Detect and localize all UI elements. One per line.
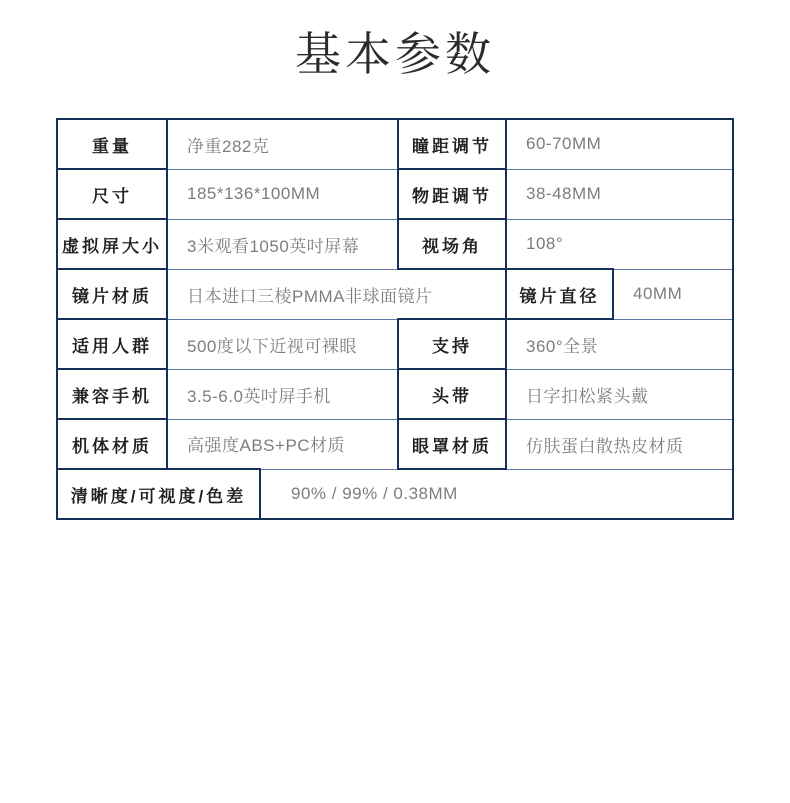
table-row: 兼容手机 3.5-6.0英吋屏手机 头带 日字扣松紧头戴	[57, 369, 733, 419]
spec-value-supports: 360°全景	[506, 319, 733, 369]
spec-table: 重量 净重282克 瞳距调节 60-70MM 尺寸 185*136*100MM …	[56, 118, 734, 520]
spec-value-virtual-screen-size: 3米观看1050英吋屏幕	[167, 219, 398, 269]
spec-label-lens-diameter: 镜片直径	[506, 269, 613, 319]
spec-label-supports: 支持	[398, 319, 506, 369]
spec-value-dimensions: 185*136*100MM	[167, 169, 398, 219]
spec-label-field-of-view: 视场角	[398, 219, 506, 269]
spec-value-target-users: 500度以下近视可裸眼	[167, 319, 398, 369]
spec-value-clarity-visibility-chromatic: 90% / 99% / 0.38MM	[260, 469, 733, 519]
table-row: 重量 净重282克 瞳距调节 60-70MM	[57, 119, 733, 169]
spec-value-lens-diameter: 40MM	[613, 269, 733, 319]
table-row: 虚拟屏大小 3米观看1050英吋屏幕 视场角 108°	[57, 219, 733, 269]
spec-value-body-material: 高强度ABS+PC材质	[167, 419, 398, 469]
table-row: 镜片材质 日本进口三棱PMMA非球面镜片 镜片直径 40MM	[57, 269, 733, 319]
spec-value-field-of-view: 108°	[506, 219, 733, 269]
spec-label-ipd-adjust: 瞳距调节	[398, 119, 506, 169]
page-title: 基本参数	[0, 0, 790, 82]
spec-value-weight: 净重282克	[167, 119, 398, 169]
spec-label-body-material: 机体材质	[57, 419, 167, 469]
spec-label-compatible-phones: 兼容手机	[57, 369, 167, 419]
spec-label-headband: 头带	[398, 369, 506, 419]
spec-value-ipd-adjust: 60-70MM	[506, 119, 733, 169]
spec-value-object-distance: 38-48MM	[506, 169, 733, 219]
spec-label-weight: 重量	[57, 119, 167, 169]
spec-value-compatible-phones: 3.5-6.0英吋屏手机	[167, 369, 398, 419]
spec-value-headband: 日字扣松紧头戴	[506, 369, 733, 419]
page: 基本参数 重量 净重282克 瞳距调节 60-70MM 尺寸 185*136*1…	[0, 0, 790, 803]
spec-label-eye-mask-material: 眼罩材质	[398, 419, 506, 469]
spec-label-object-distance: 物距调节	[398, 169, 506, 219]
spec-value-lens-material: 日本进口三棱PMMA非球面镜片	[167, 269, 506, 319]
table-row: 清晰度/可视度/色差 90% / 99% / 0.38MM	[57, 469, 733, 519]
spec-label-lens-material: 镜片材质	[57, 269, 167, 319]
spec-label-target-users: 适用人群	[57, 319, 167, 369]
spec-label-clarity-visibility-chromatic: 清晰度/可视度/色差	[57, 469, 260, 519]
spec-value-eye-mask-material: 仿肤蛋白散热皮材质	[506, 419, 733, 469]
table-row: 适用人群 500度以下近视可裸眼 支持 360°全景	[57, 319, 733, 369]
spec-label-dimensions: 尺寸	[57, 169, 167, 219]
spec-label-virtual-screen-size: 虚拟屏大小	[57, 219, 167, 269]
table-row: 机体材质 高强度ABS+PC材质 眼罩材质 仿肤蛋白散热皮材质	[57, 419, 733, 469]
table-row: 尺寸 185*136*100MM 物距调节 38-48MM	[57, 169, 733, 219]
